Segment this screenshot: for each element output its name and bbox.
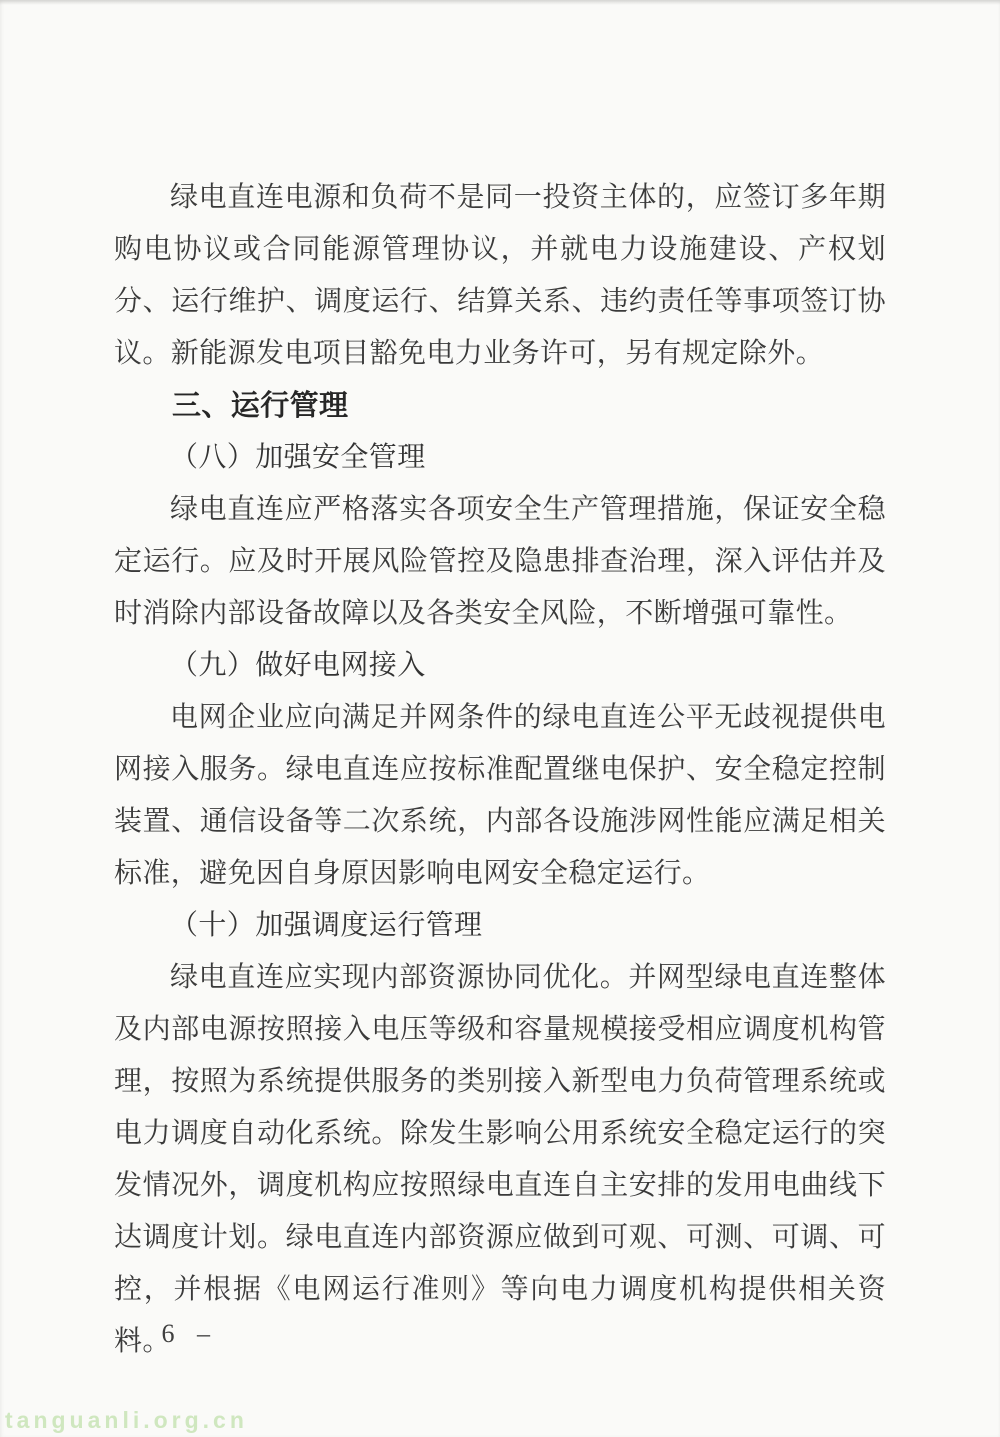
section-heading-operation-management: 三、运行管理	[114, 380, 886, 432]
subheading-grid-connection: （九）做好电网接入	[114, 640, 886, 692]
subheading-dispatch-operation-management: （十）加强调度运行管理	[114, 900, 886, 952]
page-number: – 6 –	[126, 1318, 218, 1350]
watermark-site-url: tanguanli.org.cn	[5, 1407, 248, 1434]
paragraph-grid-access-service: 电网企业应向满足并网条件的绿电直连公平无歧视提供电网接入服务。绿电直连应按标准配…	[114, 692, 886, 900]
subheading-strengthen-safety-management: （八）加强安全管理	[114, 432, 886, 484]
document-body: 绿电直连电源和负荷不是同一投资主体的，应签订多年期购电协议或合同能源管理协议，并…	[114, 172, 886, 1368]
scanned-document-page: 绿电直连电源和负荷不是同一投资主体的，应签订多年期购电协议或合同能源管理协议，并…	[0, 0, 1000, 1437]
paragraph-safety-measures: 绿电直连应严格落实各项安全生产管理措施，保证安全稳定运行。应及时开展风险管控及隐…	[114, 484, 886, 640]
paragraph-dispatch-coordination: 绿电直连应实现内部资源协同优化。并网型绿电直连整体及内部电源按照接入电压等级和容…	[114, 952, 886, 1368]
paragraph-investment-agreements: 绿电直连电源和负荷不是同一投资主体的，应签订多年期购电协议或合同能源管理协议，并…	[114, 172, 886, 380]
